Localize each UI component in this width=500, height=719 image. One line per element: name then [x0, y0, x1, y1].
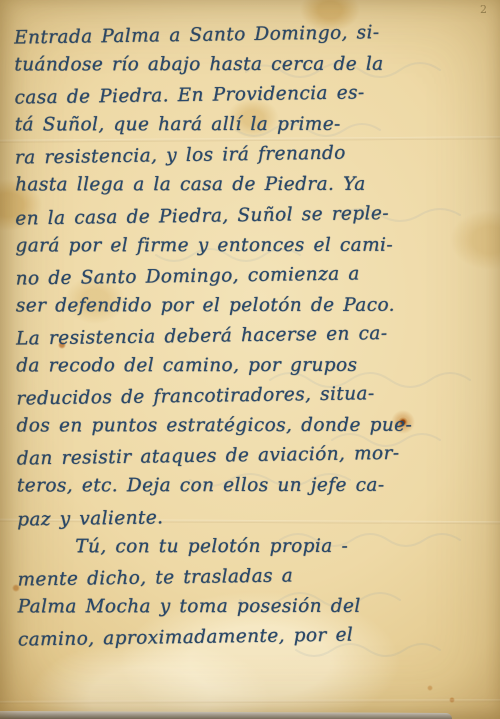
handwritten-line: ser defendido por el pelotón de Paco. — [16, 290, 490, 321]
handwritten-line: tá Suñol, que hará allí la prime- — [15, 110, 489, 141]
handwritten-line: tuándose río abajo hasta cerca de la — [14, 50, 488, 81]
handwritten-line: mente dicho, te trasladas a — [17, 558, 491, 595]
handwritten-line: ra resistencia, y los irá frenando — [15, 137, 489, 174]
handwritten-line: reducidos de francotiradores, situa- — [16, 378, 490, 415]
handwritten-line: Palma Mocha y toma posesión del — [18, 591, 492, 622]
letter-photo: 2 Entrada Palma a Santo Domingo, si- tuá… — [0, 0, 500, 719]
handwritten-line: camino, aproximadamente, por el — [18, 618, 492, 655]
handwritten-line: casa de Piedra. En Providencia es- — [14, 77, 488, 114]
page-number: 2 — [480, 3, 487, 16]
handwritten-line: dos en puntos estratégicos, donde pue- — [17, 411, 491, 442]
handwritten-line: paz y valiente. — [17, 498, 491, 535]
table-edge — [0, 711, 452, 719]
handwritten-line: La resistencia deberá hacerse en ca- — [16, 317, 490, 354]
handwritten-line: dan resistir ataques de aviación, mor- — [17, 438, 491, 475]
handwritten-line: gará por el firme y entonces el cami- — [15, 230, 489, 261]
handwritten-line: teros, etc. Deja con ellos un jefe ca- — [17, 471, 491, 502]
handwritten-line: da recodo del camino, por grupos — [16, 351, 490, 382]
handwritten-line: en la casa de Piedra, Suñol se reple- — [15, 197, 489, 234]
handwritten-line: no de Santo Domingo, comienza a — [15, 257, 489, 294]
handwritten-line: Tú, con tu pelotón propia - — [17, 531, 491, 562]
handwritten-text-block: Entrada Palma a Santo Domingo, si- tuánd… — [14, 19, 492, 654]
handwritten-line: Entrada Palma a Santo Domingo, si- — [14, 16, 488, 53]
handwritten-line: hasta llega a la casa de Piedra. Ya — [15, 170, 489, 201]
